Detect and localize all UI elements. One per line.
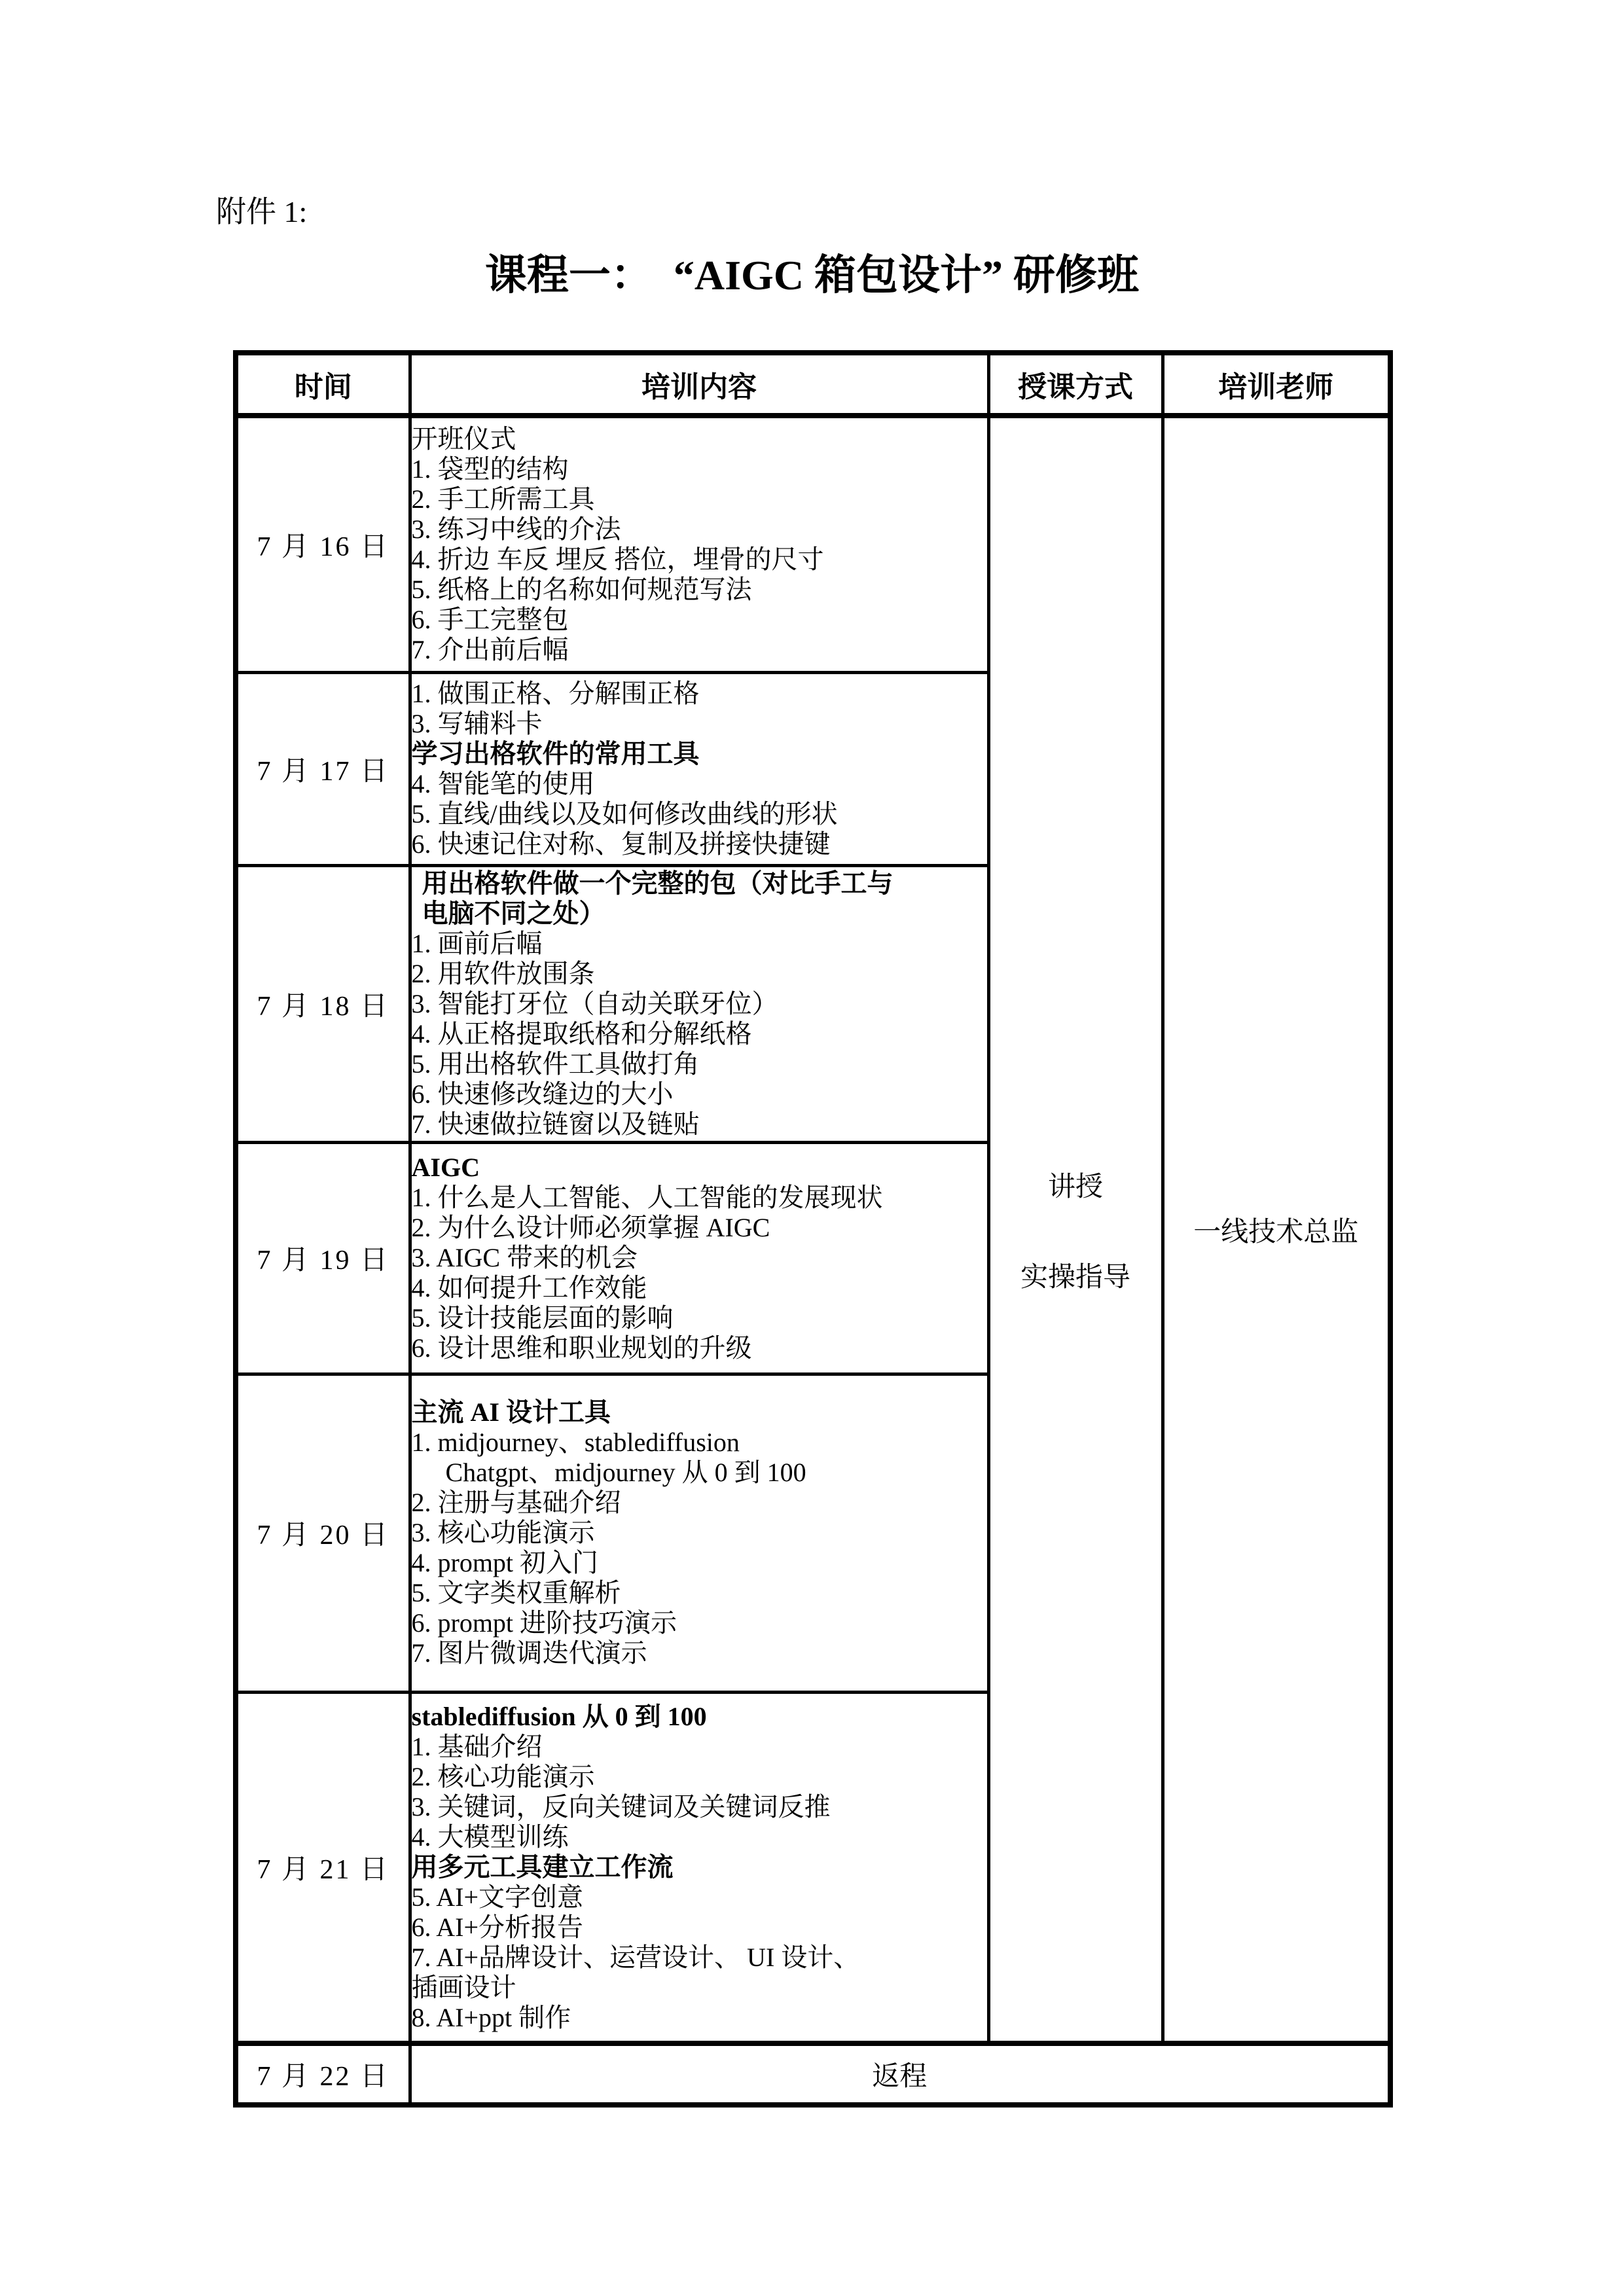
teaching-method-cell: 讲授 实操指导 (988, 416, 1163, 2043)
document-page: 附件 1: 课程一： “AIGC 箱包设计” 研修班 时间 培训内容 授课方式 … (0, 0, 1624, 2296)
table-row-jul16: 7 月 16 日 开班仪式 1. 袋型的结构 2. 手工所需工具 3. 练习中线… (236, 416, 1390, 672)
content-line: 3. 练习中线的介法 (412, 514, 987, 545)
content-cell: 1. 做围正格、分解围正格 3. 写辅料卡 学习出格软件的常用工具 4. 智能笔… (410, 672, 988, 865)
date-cell: 7 月 18 日 (236, 865, 410, 1142)
method-line: 实操指导 (990, 1255, 1161, 1295)
header-row: 时间 培训内容 授课方式 培训老师 (236, 353, 1390, 416)
content-line: 3. 写辅料卡 (412, 709, 987, 739)
content-line: 4. 如何提升工作效能 (412, 1273, 987, 1303)
table-row-jul22: 7 月 22 日 返程 (236, 2043, 1390, 2105)
content-cell: AIGC 1. 什么是人工智能、人工智能的发展现状 2. 为什么设计师必须掌握 … (410, 1142, 988, 1374)
content-line: 2. 手工所需工具 (412, 484, 987, 514)
content-line: 4. 折边 车反 埋反 搭位，埋骨的尺寸 (412, 545, 987, 575)
content-line: 5. 设计技能层面的影响 (412, 1303, 987, 1333)
date-cell: 7 月 20 日 (236, 1374, 410, 1692)
content-line: 4. prompt 初入门 (412, 1548, 987, 1578)
content-line: 6. 设计思维和职业规划的升级 (412, 1333, 987, 1363)
course-schedule-table: 时间 培训内容 授课方式 培训老师 7 月 16 日 开班仪式 1. 袋型的结构… (233, 350, 1393, 2108)
content-line: 6. 快速修改缝边的大小 (412, 1079, 987, 1109)
content-cell: 主流 AI 设计工具 1. midjourney、stablediffusion… (410, 1374, 988, 1692)
content-line: 主流 AI 设计工具 (412, 1397, 987, 1427)
content-line: Chatgpt、midjourney 从 0 到 100 (412, 1458, 987, 1488)
date-cell: 7 月 19 日 (236, 1142, 410, 1374)
content-line: 2. 核心功能演示 (412, 1762, 987, 1792)
content-line: 开班仪式 (412, 424, 987, 454)
content-line: 用多元工具建立工作流 (412, 1852, 987, 1882)
content-line: 7. 图片微调迭代演示 (412, 1638, 987, 1668)
content-line: stablediffusion 从 0 到 100 (412, 1702, 987, 1732)
content-line: 1. 做围正格、分解围正格 (412, 679, 987, 709)
content-line: 1. midjourney、stablediffusion (412, 1427, 987, 1458)
attachment-label: 附件 1: (216, 195, 307, 229)
date-cell: 7 月 21 日 (236, 1692, 410, 2043)
header-method: 授课方式 (988, 353, 1163, 416)
trainer-cell: 一线技术总监 (1163, 416, 1390, 2043)
content-line: 5. 直线/曲线以及如何修改曲线的形状 (412, 799, 987, 829)
content-line: 2. 为什么设计师必须掌握 AIGC (412, 1213, 987, 1243)
header-content: 培训内容 (410, 353, 988, 416)
date-cell: 7 月 22 日 (236, 2043, 410, 2105)
content-line: 7. AI+品牌设计、运营设计、 UI 设计、 (412, 1943, 987, 1973)
page-title: 课程一： “AIGC 箱包设计” 研修班 (0, 250, 1624, 301)
content-line: 6. 手工完整包 (412, 605, 987, 635)
content-line: 电脑不同之处） (412, 899, 987, 929)
content-line: 6. 快速记住对称、复制及拼接快捷键 (412, 829, 987, 859)
header-time: 时间 (236, 353, 410, 416)
content-line: 5. 文字类权重解析 (412, 1578, 987, 1608)
content-line: 用出格软件做一个完整的包（对比手工与 (412, 869, 987, 899)
content-line: 2. 注册与基础介绍 (412, 1488, 987, 1518)
content-line: 学习出格软件的常用工具 (412, 739, 987, 769)
content-cell: 开班仪式 1. 袋型的结构 2. 手工所需工具 3. 练习中线的介法 4. 折边… (410, 416, 988, 672)
content-line: 3. 核心功能演示 (412, 1518, 987, 1548)
content-line: 4. 智能笔的使用 (412, 769, 987, 799)
content-line: 5. 纸格上的名称如何规范写法 (412, 575, 987, 605)
content-line: 1. 袋型的结构 (412, 454, 987, 484)
content-line: 1. 基础介绍 (412, 1732, 987, 1762)
content-line: 3. 智能打牙位（自动关联牙位） (412, 989, 987, 1019)
content-line: 6. prompt 进阶技巧演示 (412, 1608, 987, 1638)
return-cell: 返程 (410, 2043, 1390, 2105)
content-line: 7. 介出前后幅 (412, 635, 987, 665)
content-line: AIGC (412, 1153, 987, 1183)
content-line: 6. AI+分析报告 (412, 1912, 987, 1943)
content-line: 5. AI+文字创意 (412, 1882, 987, 1912)
content-line: 2. 用软件放围条 (412, 959, 987, 989)
date-cell: 7 月 17 日 (236, 672, 410, 865)
content-line: 8. AI+ppt 制作 (412, 2003, 987, 2033)
content-line: 3. AIGC 带来的机会 (412, 1243, 987, 1273)
content-line: 插画设计 (412, 1973, 987, 2003)
header-teacher: 培训老师 (1163, 353, 1390, 416)
date-cell: 7 月 16 日 (236, 416, 410, 672)
schedule-table-container: 时间 培训内容 授课方式 培训老师 7 月 16 日 开班仪式 1. 袋型的结构… (233, 350, 1393, 2108)
method-line: 讲授 (990, 1165, 1161, 1204)
content-line: 4. 从正格提取纸格和分解纸格 (412, 1019, 987, 1049)
content-cell: 用出格软件做一个完整的包（对比手工与 电脑不同之处） 1. 画前后幅 2. 用软… (410, 865, 988, 1142)
content-line: 3. 关键词，反向关键词及关键词反推 (412, 1792, 987, 1822)
content-line: 1. 画前后幅 (412, 929, 987, 959)
content-line: 7. 快速做拉链窗以及链贴 (412, 1109, 987, 1139)
content-line: 4. 大模型训练 (412, 1822, 987, 1852)
content-line: 5. 用出格软件工具做打角 (412, 1049, 987, 1079)
content-line: 1. 什么是人工智能、人工智能的发展现状 (412, 1183, 987, 1213)
content-cell: stablediffusion 从 0 到 100 1. 基础介绍 2. 核心功… (410, 1692, 988, 2043)
